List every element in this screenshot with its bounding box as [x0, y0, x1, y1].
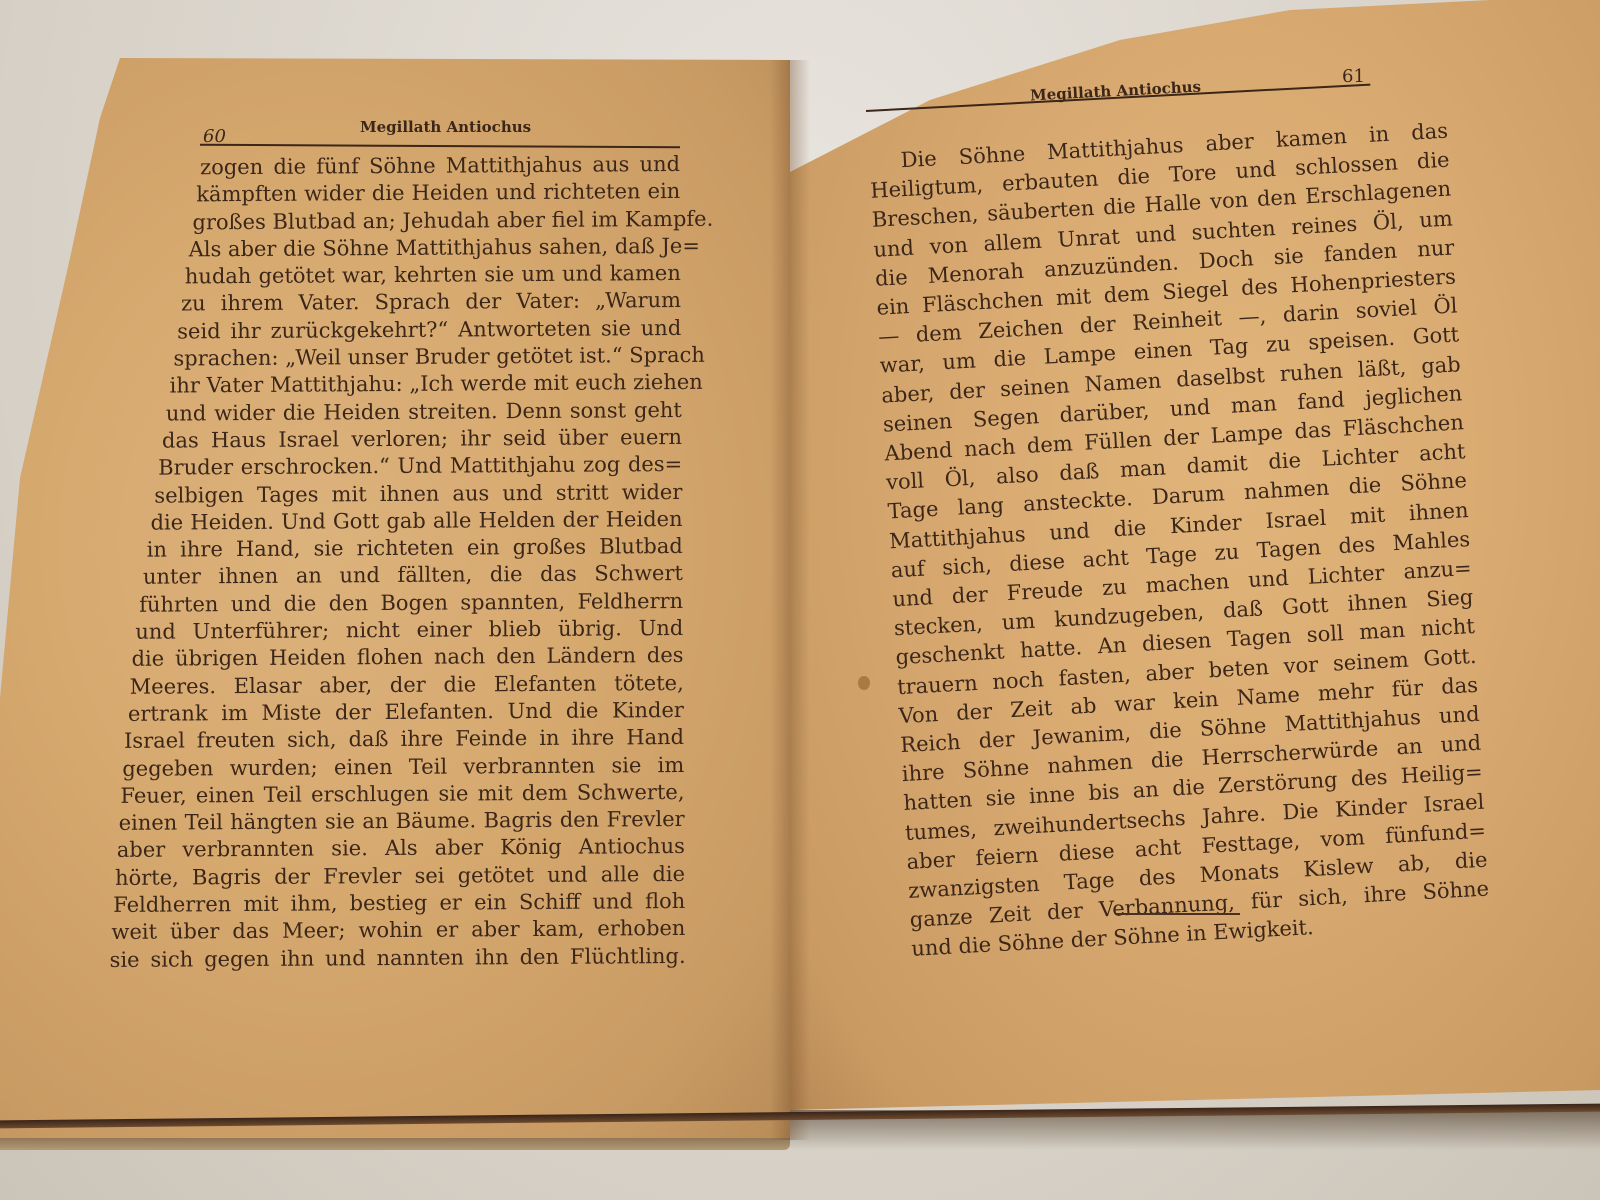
left-running-head: Megillath Antiochus — [360, 118, 531, 136]
text-line: Feuer, einen Teil erschlugen sie mit dem… — [104, 779, 684, 810]
text-line: Meeres. Elasar aber, der die Elefanten t… — [104, 670, 684, 701]
text-line: und Unterführer; nicht einer blieb übrig… — [103, 615, 683, 646]
text-line: in ihre Hand, sie richteten ein großes B… — [103, 533, 683, 564]
text-line: Israel freuten sich, daß ihre Feinde in … — [104, 724, 684, 755]
text-line: ihr Vater Mattithjahu: „Ich werde mit eu… — [102, 369, 682, 400]
text-line: Bruder erschrocken.“ Und Mattithjahu zog… — [102, 451, 682, 482]
text-line: hudah getötet war, kehrten sie um und ka… — [101, 260, 681, 291]
text-line: ertrank im Miste der Elefanten. Und die … — [104, 697, 684, 728]
text-line: unter ihnen an und fällten, die das Schw… — [103, 560, 683, 591]
book-gutter — [770, 60, 810, 1140]
text-line: hörte, Bagris der Frevler sei getötet un… — [105, 861, 685, 892]
right-page-text: Die Söhne Mattithjahus aber kamen in das… — [868, 117, 1491, 965]
text-line: einen Teil hängten sie an Bäume. Bagris … — [105, 806, 685, 837]
text-line: zu ihrem Vater. Sprach der Vater: „Warum — [101, 287, 681, 318]
text-line: seid ihr zurückgekehrt?“ Antworteten sie… — [101, 315, 681, 346]
text-line: und wider die Heiden streiten. Denn sons… — [102, 397, 682, 428]
text-line: gegeben wurden; einen Teil verbrannten s… — [104, 751, 684, 782]
text-line: die übrigen Heiden flohen nach den Lände… — [103, 642, 683, 673]
text-line: führten und die den Bogen spannten, Feld… — [103, 588, 683, 619]
text-line: Als aber die Söhne Mattithjahus sahen, d… — [101, 233, 681, 264]
left-page-text: zogen die fünf Söhne Mattithjahus aus un… — [100, 151, 686, 974]
text-line: aber verbrannten sie. Als aber König Ant… — [105, 833, 685, 864]
text-line: kämpften wider die Heiden und richteten … — [100, 178, 680, 209]
chapter-end-rule — [1115, 913, 1240, 915]
text-line: die Heiden. Und Gott gab alle Helden der… — [102, 506, 682, 537]
text-line: das Haus Israel verloren; ihr seid über … — [102, 424, 682, 455]
text-line: Feldherren mit ihm, bestieg er ein Schif… — [105, 888, 685, 919]
text-line: sprachen: „Weil unser Bruder getötet ist… — [101, 342, 681, 373]
paper-stain — [858, 676, 870, 690]
text-line: zogen die fünf Söhne Mattithjahus aus un… — [100, 151, 680, 182]
text-line: großes Blutbad an; Jehudah aber fiel im … — [100, 206, 680, 237]
text-line: weit über das Meer; wohin er aber kam, e… — [105, 915, 685, 946]
text-line: sie sich gegen ihn und nannten ihn den F… — [106, 943, 686, 974]
text-line: selbigen Tages mit ihnen aus und stritt … — [102, 479, 682, 510]
